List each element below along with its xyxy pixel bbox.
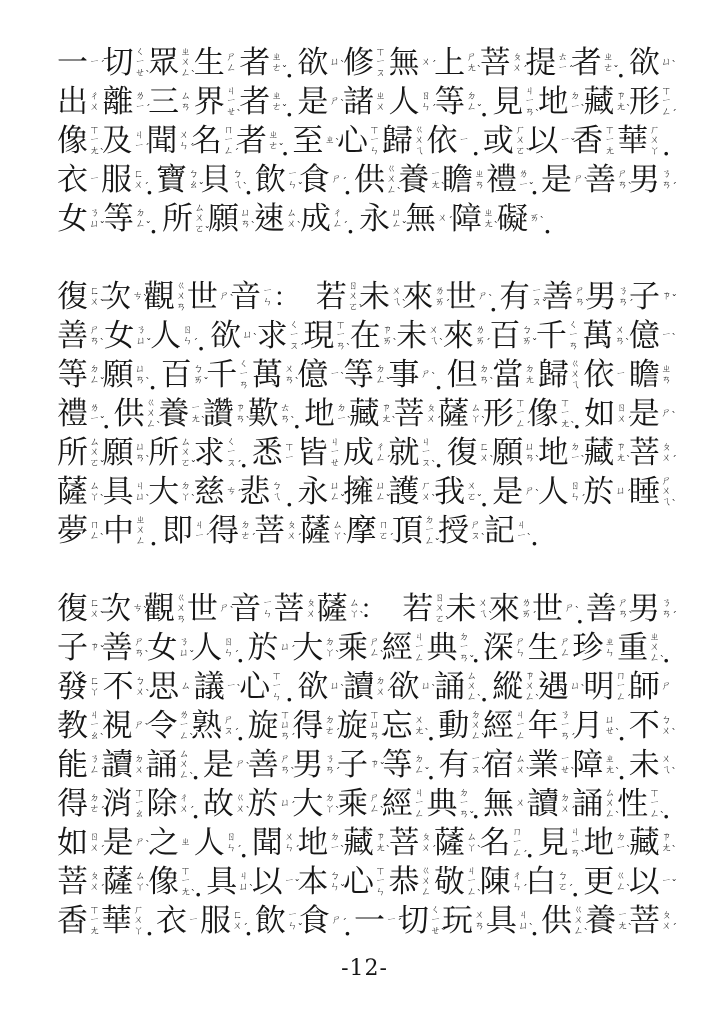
zhuyin-letter: ㄕ [575, 287, 585, 298]
syllable: 願ㄩㄢˋ [208, 204, 251, 235]
zhuyin-tone-mark: ˇ [298, 923, 304, 934]
zhuyin-letter: ㄥ [650, 654, 660, 665]
zhuyin-letter: ㄥ [375, 493, 385, 504]
zhuyin-letter: ㄉ [90, 794, 100, 805]
hanzi-char: 菩 [57, 867, 88, 898]
syllable: 上ㄕㄤˋ [434, 48, 477, 79]
zhuyin-ruby: ㄖㄣˊ [570, 482, 581, 503]
zhuyin-tone-mark: ˋ [380, 650, 386, 661]
zhuyin-letter: ㄗ [616, 443, 626, 454]
zhuyin-letter: ㄛ [515, 147, 525, 158]
hanzi-char: 藏 [343, 828, 374, 859]
zhuyin-tone-mark: ˊ [525, 801, 531, 812]
zhuyin-letter: ㄡ [471, 532, 481, 543]
hanzi-char: 心 [343, 867, 374, 898]
syllable: 是ㄕˋ [492, 477, 535, 508]
syllable: 男ㄋㄢˊ [586, 282, 629, 313]
zhuyin-letter: ㄨ [233, 922, 243, 933]
zhuyin-tone-mark: ˋ [535, 455, 541, 466]
hanzi-char: 聞 [252, 828, 283, 859]
zhuyin-letter: ㄩ [135, 365, 145, 376]
hanzi-char: 慈 [194, 477, 225, 508]
syllable: 等ㄉㄥˇ [343, 360, 386, 391]
syllable: 中ㄓㄨㄥ [103, 516, 146, 548]
zhuyin-ruby: ㄗˇ [369, 760, 380, 771]
zhuyin-tone-mark: ˊ [335, 767, 341, 778]
zhuyin-ruby: ㄕˋ [421, 370, 432, 381]
syllable: 欲ㄩˋ [629, 48, 672, 79]
zhuyin-letter: ㄧ [570, 103, 580, 114]
zhuyin-letter: ㄢ [475, 181, 485, 192]
zhuyin-ruby: ㄧㄡˇ [470, 755, 481, 776]
zhuyin-letter: ㄢ [176, 303, 186, 314]
zhuyin-letter: ㄧ [616, 370, 626, 381]
zhuyin-letter: ㄧ [330, 844, 340, 855]
syllable: 禮ㄌㄧˇ [486, 165, 529, 196]
zhuyin-ruby: ㄆㄨˊ [661, 443, 672, 464]
zhuyin-ruby: ㄐㄧˊ [134, 131, 145, 152]
zhuyin-letter: ㄌ [135, 92, 145, 103]
zhuyin-tone-mark: ˋ [626, 845, 632, 856]
zhuyin-tone-mark: ˊ [389, 533, 395, 544]
hanzi-char: 世 [187, 282, 218, 313]
zhuyin-letter: ㄧ [387, 916, 397, 927]
zhuyin-letter: ㄧ [570, 454, 580, 465]
zhuyin-letter: ㄟ [233, 181, 243, 192]
zhuyin-letter: ㄤ [381, 415, 391, 426]
zhuyin-letter: ㄚ [325, 805, 335, 816]
zhuyin-letter: ㄈ [134, 170, 144, 181]
zhuyin-tone-mark: ˋ [340, 372, 346, 383]
syllable: 養ㄧㄤˋ [398, 165, 441, 196]
zhuyin-tone-mark: ˊ [251, 533, 257, 544]
syllable: 食ㄕˊ [299, 165, 342, 196]
zhuyin-ruby: ㄓㄢ [474, 170, 485, 191]
zhuyin-letter: ㄨ [515, 799, 525, 810]
hanzi-char: 消 [102, 789, 133, 820]
zhuyin-tone-mark: ˊ [485, 338, 491, 349]
zhuyin-tone-mark: ˋ [431, 460, 437, 471]
zhuyin-letter: ㄟ [272, 493, 282, 504]
zhuyin-letter: ㄩ [280, 643, 290, 654]
zhuyin-letter: ㄢ [459, 654, 469, 665]
syllable: 音ㄧㄣ [230, 282, 273, 313]
syllable: 見ㄐㄧㄢˋ [538, 828, 581, 860]
zhuyin-letter: ㄅ [661, 716, 671, 727]
zhuyin-ruby: ㄉㄨㄥˋ [470, 711, 481, 743]
zhuyin-tone-mark: ˋ [615, 728, 621, 739]
hanzi-char: 白 [525, 867, 556, 898]
zhuyin-letter: ㄆ [306, 599, 316, 610]
syllable: 名ㄇㄧㄥˊ [480, 828, 523, 860]
syllable: 授ㄕㄡˋ [438, 516, 481, 547]
zhuyin-ruby: ㄕㄢˋ [89, 326, 100, 347]
syllable: 陳ㄔㄣˊ [480, 867, 523, 898]
zhuyin-ruby: ㄓㄢ [661, 365, 672, 386]
zhuyin-ruby: ㄉㄨˊ [375, 677, 386, 698]
syllable: 以ㄧˇ [252, 867, 295, 898]
hanzi-char: 擁 [343, 477, 374, 508]
hanzi-char: 人 [194, 828, 225, 859]
syllable: 善ㄕㄢˋ [57, 321, 100, 352]
zhuyin-letter: ㄙ [467, 833, 477, 844]
zhuyin-tone-mark: ˋ [100, 611, 106, 622]
zhuyin-letter: ㄖ [224, 638, 234, 649]
zhuyin-letter: ㄢ [135, 454, 145, 465]
syllable: 深ㄕㄣ [483, 633, 526, 664]
zhuyin-letter: ㄓ [661, 365, 671, 376]
zhuyin-tone-mark: ˇ [477, 104, 483, 115]
zhuyin-ruby: ㄉㄜˊ [89, 794, 100, 815]
zhuyin-letter: ㄋ [618, 287, 628, 298]
syllable: 遇ㄩˋ [538, 672, 581, 703]
hanzi-char: 具 [103, 477, 134, 508]
zhuyin-ruby: ㄆㄨˊ [89, 872, 100, 893]
syllable: 善ㄕㄢˋ [248, 750, 291, 781]
syllable: 性ㄒㄧㄥˋ [617, 789, 660, 821]
zhuyin-letter: ㄕ [471, 521, 481, 532]
syllable: 歸ㄍㄨㄟ [382, 126, 425, 158]
zhuyin-letter: ㄧ [330, 370, 340, 381]
zhuyin-tone-mark: ˋ [290, 767, 296, 778]
zhuyin-letter: ㄉ [325, 716, 335, 727]
hanzi-char: 於 [583, 477, 614, 508]
zhuyin-letter: ㄨ [235, 805, 245, 816]
syllable: 善ㄕㄢˋ [585, 165, 628, 196]
zhuyin-ruby: ㄌㄞˊ [521, 599, 532, 620]
zhuyin-letter: ㄚ [90, 688, 100, 699]
zhuyin-ruby: ㄒㄧㄥˊ [515, 399, 526, 431]
zhuyin-letter: ㄗ [375, 833, 385, 844]
hanzi-char: 菩 [629, 438, 660, 469]
zhuyin-letter: ㄢ [479, 376, 489, 387]
zhuyin-letter: ㄅ [330, 872, 340, 883]
zhuyin-letter: ㄥ [616, 693, 626, 704]
zhuyin-ruby: ㄊㄧˊ [557, 53, 568, 74]
zhuyin-letter: ㄚ [650, 147, 660, 158]
zhuyin-letter: ㄨ [287, 532, 297, 543]
zhuyin-letter: ㄣ [512, 883, 522, 894]
zhuyin-letter: ㄕ [560, 638, 570, 649]
zhuyin-ruby: ㄕˋ [524, 487, 535, 498]
syllable: 觀ㄍㄨㄢ [144, 282, 187, 314]
syllable: 藏ㄗㄤˋ [583, 438, 626, 469]
zhuyin-letter: ㄓ [605, 638, 615, 649]
zhuyin-tone-mark: ˇ [671, 879, 677, 890]
zhuyin-letter: ㄌ [475, 326, 485, 337]
zhuyin-letter: ㄉ [375, 677, 385, 688]
zhuyin-ruby: ㄒㄧㄤ [604, 126, 615, 158]
zhuyin-ruby: ㄑㄧㄡˊ [289, 321, 300, 353]
zhuyin-letter: ㄥ [90, 376, 100, 387]
syllable: 薩ㄙㄚˋ [103, 867, 146, 898]
zhuyin-tone-mark: ˋ [671, 333, 677, 344]
zhuyin-ruby: ㄒㄧㄣ [369, 126, 380, 158]
zhuyin-letter: ㄔ [90, 92, 100, 103]
zhuyin-ruby: ㄧㄤˋ [617, 911, 628, 932]
zhuyin-ruby: ㄕㄡˋ [470, 521, 481, 542]
hanzi-char: 薩 [434, 828, 465, 859]
zhuyin-tone-mark: ˋ [340, 99, 346, 110]
zhuyin-tone-mark: ˋ [535, 694, 541, 705]
zhuyin-tone-mark: ˇ [340, 884, 346, 895]
zhuyin-ruby: ㄑㄧㄢ [568, 321, 579, 353]
zhuyin-ruby: ㄍㄥˋ [615, 872, 626, 893]
zhuyin-ruby: ㄓㄨ [375, 92, 386, 113]
hanzi-char: 明 [583, 672, 614, 703]
zhuyin-tone-mark: ˋ [584, 177, 590, 188]
syllable: 華ㄏㄨㄚ [617, 126, 660, 158]
zhuyin-letter: ㄕ [219, 292, 229, 303]
syllable: 聞ㄨㄣˊ [252, 828, 295, 859]
syllable: 熟ㄕㄡˊ [191, 711, 234, 742]
zhuyin-tone-mark: ˊ [343, 221, 349, 232]
zhuyin-ruby: ㄉㄥˇ [135, 209, 146, 230]
syllable: 願ㄩㄢˋ [103, 438, 146, 469]
zhuyin-letter: ㄩ [135, 443, 145, 454]
zhuyin-letter: ㄢ [618, 610, 628, 621]
zhuyin-tone-mark: ˋ [340, 684, 346, 695]
zhuyin-letter: ㄧ [135, 103, 145, 114]
zhuyin-ruby: ㄩㄥˇ [391, 209, 402, 230]
syllable: 聞ㄨㄣˊ [146, 126, 189, 157]
syllable: 誦ㄙㄨㄥˋ [146, 750, 189, 782]
zhuyin-ruby: ㄍㄨㄥˋ [386, 165, 397, 197]
hanzi-char: 除 [146, 789, 177, 820]
zhuyin-letter: ㄢ [459, 810, 469, 821]
zhuyin-ruby: ㄉㄥˇ [466, 92, 477, 113]
zhuyin-letter: ㄗ [381, 404, 391, 415]
text-line: 子ㄗˇ善ㄕㄢˋ女ㄋㄩˇ人ㄖㄣˊ.於ㄩˊ大ㄉㄚˋ乘ㄕㄥˋ經ㄐㄧㄥ典ㄉㄧㄢˇ.深ㄕㄣ… [57, 629, 672, 668]
zhuyin-letter: ㄩ [570, 682, 580, 693]
zhuyin-tone-mark: ˇ [402, 221, 408, 232]
zhuyin-letter: ㄝ [226, 108, 236, 119]
zhuyin-letter: ㄕ [618, 170, 628, 181]
zhuyin-tone-mark: ˋ [580, 684, 586, 695]
hanzi-char: 有 [438, 750, 469, 781]
zhuyin-letter: ㄕ [226, 53, 236, 64]
syllable: 禮ㄌㄧˇ [57, 399, 100, 430]
syllable: 慈ㄘˊ [194, 477, 237, 508]
zhuyin-letter: ㄧ [661, 877, 671, 888]
zhuyin-letter: ㄨ [421, 844, 431, 855]
zhuyin-tone-mark: ˋ [424, 728, 430, 739]
syllable: 經ㄐㄧㄥ [483, 711, 526, 743]
zhuyin-ruby: ㄇㄛˊ [378, 521, 389, 542]
zhuyin-ruby: ㄐㄧㄥ [515, 711, 526, 743]
hanzi-char: 菩 [629, 906, 660, 937]
zhuyin-letter: ㄓ [605, 755, 615, 766]
zhuyin-tone-mark: ˋ [671, 845, 677, 856]
zhuyin-letter: ㄢ [336, 342, 346, 353]
zhuyin-letter: ㄨ [429, 326, 439, 337]
zhuyin-tone-mark: ˊ [234, 728, 240, 739]
hanzi-char: 飲 [255, 906, 286, 937]
zhuyin-letter: ㄣ [375, 888, 385, 899]
zhuyin-letter: ㄤ [191, 415, 201, 426]
zhuyin-tone-mark: ˋ [615, 767, 621, 778]
syllable: 切ㄑㄧㄝˋ [398, 906, 441, 938]
zhuyin-tone-mark: ˊ [380, 733, 386, 744]
zhuyin-letter: ㄋ [325, 755, 335, 766]
hanzi-char: 速 [254, 204, 285, 235]
syllable: 瞻ㄓㄢ [442, 165, 485, 196]
zhuyin-tone-mark: ˋ [358, 304, 364, 315]
zhuyin-ruby: ㄋㄧㄢˊ [560, 711, 571, 743]
syllable: 不ㄅㄨˋ [629, 711, 672, 742]
zhuyin-ruby: ㄒㄧㄥˊ [661, 87, 672, 119]
syllable: 業ㄧㄝˋ [528, 750, 571, 781]
syllable: 明ㄇㄧㄥˊ [583, 672, 626, 704]
zhuyin-letter: ㄥ [414, 810, 424, 821]
zhuyin-letter: ㄋ [90, 755, 100, 766]
zhuyin-tone-mark: ˊ [342, 918, 348, 929]
syllable: 善ㄕㄢˋ [102, 633, 145, 664]
zhuyin-tone-mark: ˊ [236, 460, 242, 471]
hanzi-char: 之 [148, 828, 179, 859]
syllable: 供ㄍㄨㄥˋ [541, 906, 584, 938]
zhuyin-tone-mark: ˊ [100, 60, 106, 71]
zhuyin-letter: ㄅ [272, 482, 282, 493]
hanzi-char: 所 [162, 204, 193, 235]
zhuyin-tone-mark: ˋ [580, 104, 586, 115]
syllable: 得ㄉㄜˊ [208, 516, 251, 547]
zhuyin-ruby: ㄅㄠˇ [188, 170, 199, 191]
zhuyin-ruby: ㄋㄢˊ [661, 170, 672, 191]
zhuyin-ruby: ㄍㄨㄟ [414, 126, 425, 158]
zhuyin-letter: ㄛ [379, 532, 389, 543]
syllable: 欲ㄩˋ [389, 672, 432, 703]
text-line: 能ㄋㄥˊ讀ㄉㄨˊ誦ㄙㄨㄥˋ.是ㄕˋ善ㄕㄢˋ男ㄋㄢˊ子ㄗˇ等ㄉㄥˇ.有ㄧㄡˇ宿ㄙㄨ… [57, 746, 672, 785]
hanzi-char: 無 [405, 204, 436, 235]
syllable: 大ㄉㄚˋ [292, 633, 335, 664]
zhuyin-tone-mark: ˋ [660, 811, 666, 822]
zhuyin-ruby: ㄌㄧㄥˋ [178, 711, 189, 743]
zhuyin-tone-mark: ˋ [628, 182, 634, 193]
zhuyin-tone-mark: ˋ [540, 216, 546, 227]
zhuyin-ruby: ㄋㄥˊ [89, 755, 100, 776]
zhuyin-tone-mark: ˊ [243, 923, 249, 934]
hanzi-char: 護 [389, 477, 420, 508]
syllable: 具ㄐㄩˋ [103, 477, 146, 508]
syllable: 男ㄋㄢˊ [629, 165, 672, 196]
zhuyin-letter: ㄓ [375, 92, 385, 103]
hanzi-char: 復 [447, 438, 478, 469]
zhuyin-ruby: ㄉㄨˊ [134, 755, 145, 776]
zhuyin-letter: ㄨ [134, 766, 144, 777]
text-line: 善ㄕㄢˋ女ㄋㄩˇ人ㄖㄣˊ.欲ㄩˋ求ㄑㄧㄡˊ現ㄒㄧㄢˋ在ㄗㄞˋ未ㄨㄟˋ來ㄌㄞˊ百ㄅ… [57, 317, 672, 356]
zhuyin-letter: ㄙ [287, 209, 297, 220]
hanzi-char: 若 [402, 594, 433, 625]
zhuyin-letter: ㄧ [288, 911, 298, 922]
zhuyin-tone-mark: ˋ [145, 884, 151, 895]
syllable: 善ㄕㄢˋ [542, 282, 585, 313]
hanzi-char: 像 [528, 399, 559, 430]
zhuyin-letter: ㄧ [459, 136, 469, 147]
syllable: 記ㄐㄧˋ [484, 516, 527, 547]
zhuyin-tone-mark: ˋ [335, 806, 341, 817]
zhuyin-ruby: ㄘˋ [132, 604, 143, 615]
punctuation: . [197, 327, 207, 355]
zhuyin-ruby: ㄨㄣˊ [284, 833, 295, 854]
zhuyin-tone-mark: ˋ [477, 889, 483, 900]
hanzi-char: 以 [252, 867, 283, 898]
zhuyin-ruby: ㄈㄨˊ [232, 911, 243, 932]
zhuyin-letter: ㄞ [193, 376, 203, 387]
hanzi-char: 成 [300, 204, 331, 235]
syllable: 菩ㄆㄨˊ [273, 594, 316, 625]
syllable: 離ㄌㄧˊ [103, 87, 146, 118]
zhuyin-tone-mark: ˇ [424, 767, 430, 778]
hanzi-char: 人 [389, 87, 420, 118]
zhuyin-letter: ㄝ [135, 69, 145, 80]
zhuyin-ruby: ㄩˋ [661, 58, 672, 69]
zhuyin-letter: ㄨ [661, 755, 671, 766]
zhuyin-ruby: ㄈㄨˋ [89, 599, 100, 620]
zhuyin-ruby: ㄒㄧㄢˋ [335, 321, 346, 353]
zhuyin-ruby: ㄕㄢˋ [134, 638, 145, 659]
hanzi-char: 一 [354, 906, 385, 937]
zhuyin-ruby: ㄧˋ [226, 682, 237, 693]
hanzi-char: 願 [103, 438, 134, 469]
zhuyin-letter: ㄨ [662, 922, 672, 933]
zhuyin-ruby: ㄕˋ [219, 292, 230, 303]
zhuyin-ruby: ㄆㄨˊ [286, 521, 297, 542]
zhuyin-letter: ㄘ [133, 292, 143, 303]
zhuyin-letter: ㄌ [435, 287, 445, 298]
zhuyin-letter: ㄩ [375, 482, 385, 493]
zhuyin-ruby: ㄙㄨㄥˋ [466, 672, 477, 704]
zhuyin-letter: ㄧ [616, 844, 626, 855]
syllable: 次ㄘˋ [100, 282, 143, 313]
zhuyin-ruby: ㄙㄨㄥˋ [178, 750, 189, 782]
syllable: 有ㄧㄡˇ [438, 750, 481, 781]
hanzi-char: 善 [57, 321, 88, 352]
zhuyin-letter: ㄧ [284, 877, 294, 888]
zhuyin-ruby: ㄋㄢˊ [661, 599, 672, 620]
zhuyin-ruby: ㄓㄤˋ [604, 755, 615, 776]
punctuation: . [662, 132, 672, 160]
syllable: 動ㄉㄨㄥˋ [438, 711, 481, 743]
zhuyin-ruby: ㄧ [188, 916, 199, 927]
hanzi-char: 乘 [337, 633, 368, 664]
syllable: 師ㄕ [629, 672, 672, 703]
zhuyin-ruby: ㄐㄧㄢˋ [524, 87, 535, 119]
zhuyin-letter: ㄢ [235, 415, 245, 426]
syllable: 所ㄙㄨㄛˇ [57, 438, 100, 470]
syllable: 切ㄑㄧㄝˋ [103, 48, 146, 80]
zhuyin-letter: ㄉ [134, 755, 144, 766]
zhuyin-ruby: ㄞˋ [529, 214, 540, 225]
syllable: 形ㄒㄧㄥˊ [483, 399, 526, 431]
zhuyin-ruby: ㄙ [180, 682, 191, 693]
hanzi-char: 障 [451, 204, 482, 235]
zhuyin-tone-mark: ˊ [189, 143, 195, 154]
hanzi-char: 男 [292, 750, 323, 781]
zhuyin-letter: ㄝ [560, 766, 570, 777]
syllable: 子ㄗˇ [629, 282, 672, 313]
zhuyin-letter: ㄓ [475, 170, 485, 181]
syllable: 大ㄉㄚˋ [292, 789, 335, 820]
zhuyin-tone-mark: ˇ [189, 650, 195, 661]
zhuyin-tone-mark: ˊ [100, 806, 106, 817]
hanzi-char: 經 [382, 633, 413, 664]
zhuyin-ruby: ㄔㄣˊ [512, 872, 523, 893]
zhuyin-ruby: ㄩㄥˇ [329, 482, 340, 503]
hanzi-char: 熟 [191, 711, 222, 742]
zhuyin-ruby: ㄩˋ [570, 682, 581, 693]
syllable: 若ㄖㄨㄛˋ [316, 282, 359, 314]
